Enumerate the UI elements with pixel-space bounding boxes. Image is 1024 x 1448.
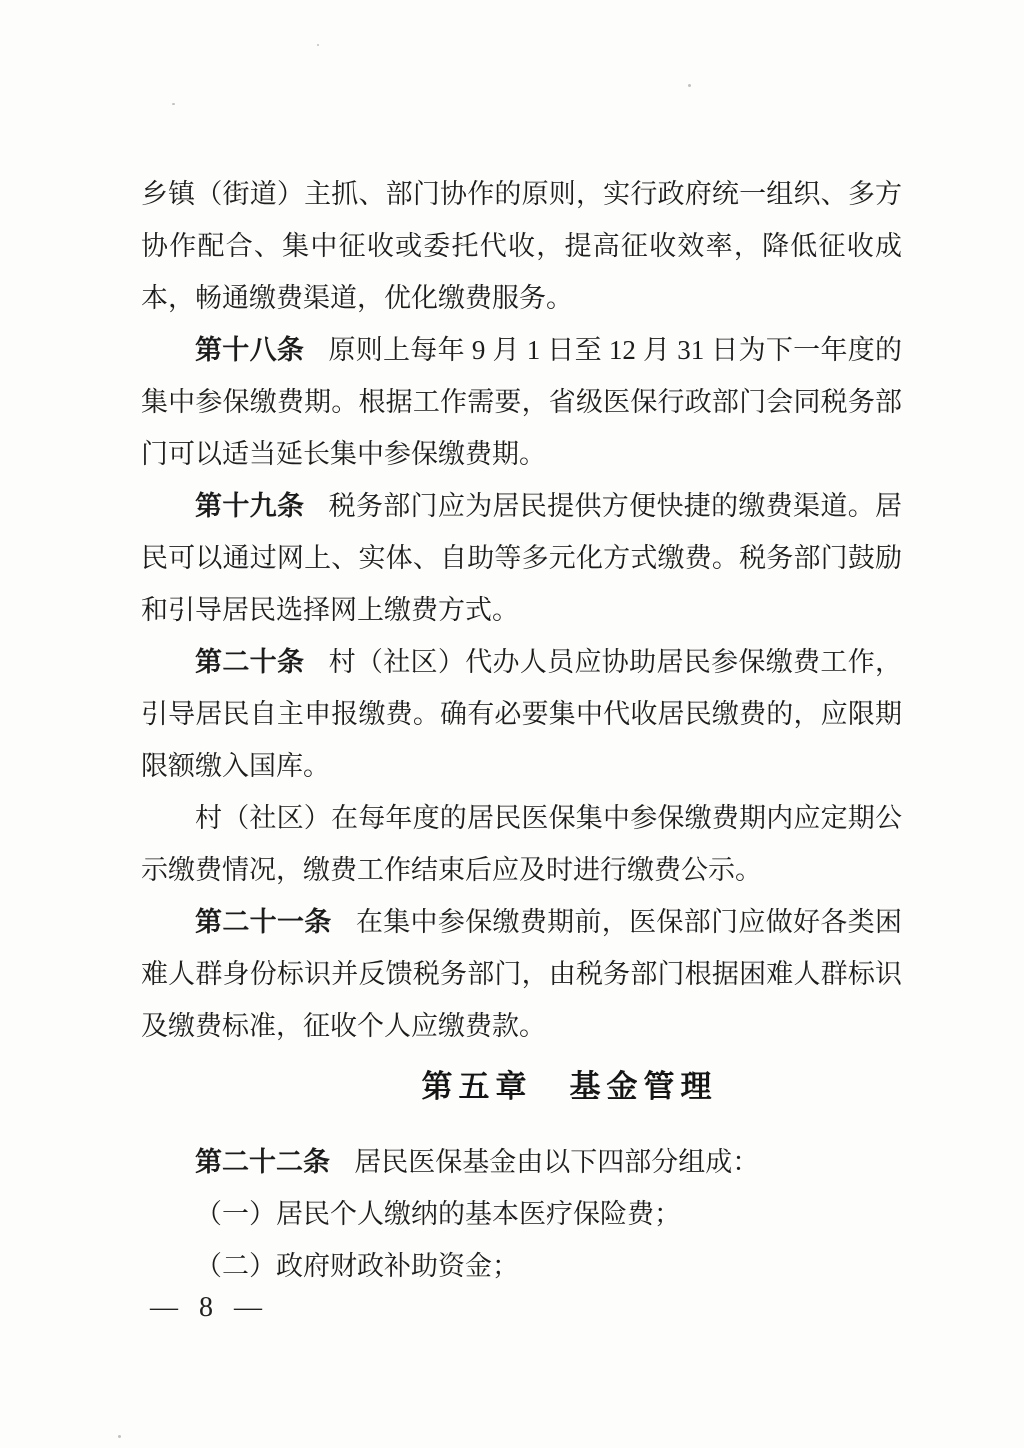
article-paragraph: 第十八条原则上每年 9 月 1 日至 12 月 31 日为下一年度的集中参保缴费… <box>141 324 902 480</box>
article-number: 第十九条 <box>195 491 304 521</box>
article-paragraph: 第二十一条在集中参保缴费期前，医保部门应做好各类困难人群身份标识并反馈税务部门，… <box>141 896 902 1052</box>
article-paragraph: 第二十条村（社区）代办人员应协助居民参保缴费工作，引导居民自主申报缴费。确有必要… <box>141 636 902 792</box>
body-paragraph: （一）居民个人缴纳的基本医疗保险费； <box>141 1188 902 1240</box>
article-number: 第二十条 <box>195 647 304 677</box>
body-paragraph: （二）政府财政补助资金； <box>141 1240 902 1292</box>
body-paragraph: 村（社区）在每年度的居民医保集中参保缴费期内应定期公示缴费情况，缴费工作结束后应… <box>141 792 902 896</box>
paragraph-text: 村（社区）在每年度的居民医保集中参保缴费期内应定期公示缴费情况，缴费工作结束后应… <box>141 803 902 885</box>
document-content: 乡镇（街道）主抓、部门协作的原则，实行政府统一组织、多方协作配合、集中征收或委托… <box>141 168 902 1292</box>
chapter-heading: 第五章 基金管理 <box>189 1060 950 1114</box>
scanned-document-page: 乡镇（街道）主抓、部门协作的原则，实行政府统一组织、多方协作配合、集中征收或委托… <box>0 0 1024 1448</box>
article-paragraph: 第二十二条居民医保基金由以下四部分组成： <box>141 1136 902 1188</box>
article-paragraph: 第十九条税务部门应为居民提供方便快捷的缴费渠道。居民可以通过网上、实体、自助等多… <box>141 480 902 636</box>
paragraph-text: （一）居民个人缴纳的基本医疗保险费； <box>195 1199 681 1229</box>
body-paragraph: 乡镇（街道）主抓、部门协作的原则，实行政府统一组织、多方协作配合、集中征收或委托… <box>141 168 902 324</box>
paragraph-text: 乡镇（街道）主抓、部门协作的原则，实行政府统一组织、多方协作配合、集中征收或委托… <box>141 179 902 313</box>
page-number: — 8 — <box>150 1288 262 1328</box>
article-number: 第二十二条 <box>195 1147 330 1177</box>
scan-speck <box>317 44 319 46</box>
article-number: 第十八条 <box>195 335 304 365</box>
scan-speck <box>688 84 691 87</box>
scan-speck <box>118 1435 121 1438</box>
paragraph-text: （二）政府财政补助资金； <box>195 1251 519 1281</box>
article-number: 第二十一条 <box>195 907 332 937</box>
scan-speck <box>172 103 175 105</box>
paragraph-text: 居民医保基金由以下四部分组成： <box>354 1147 759 1177</box>
